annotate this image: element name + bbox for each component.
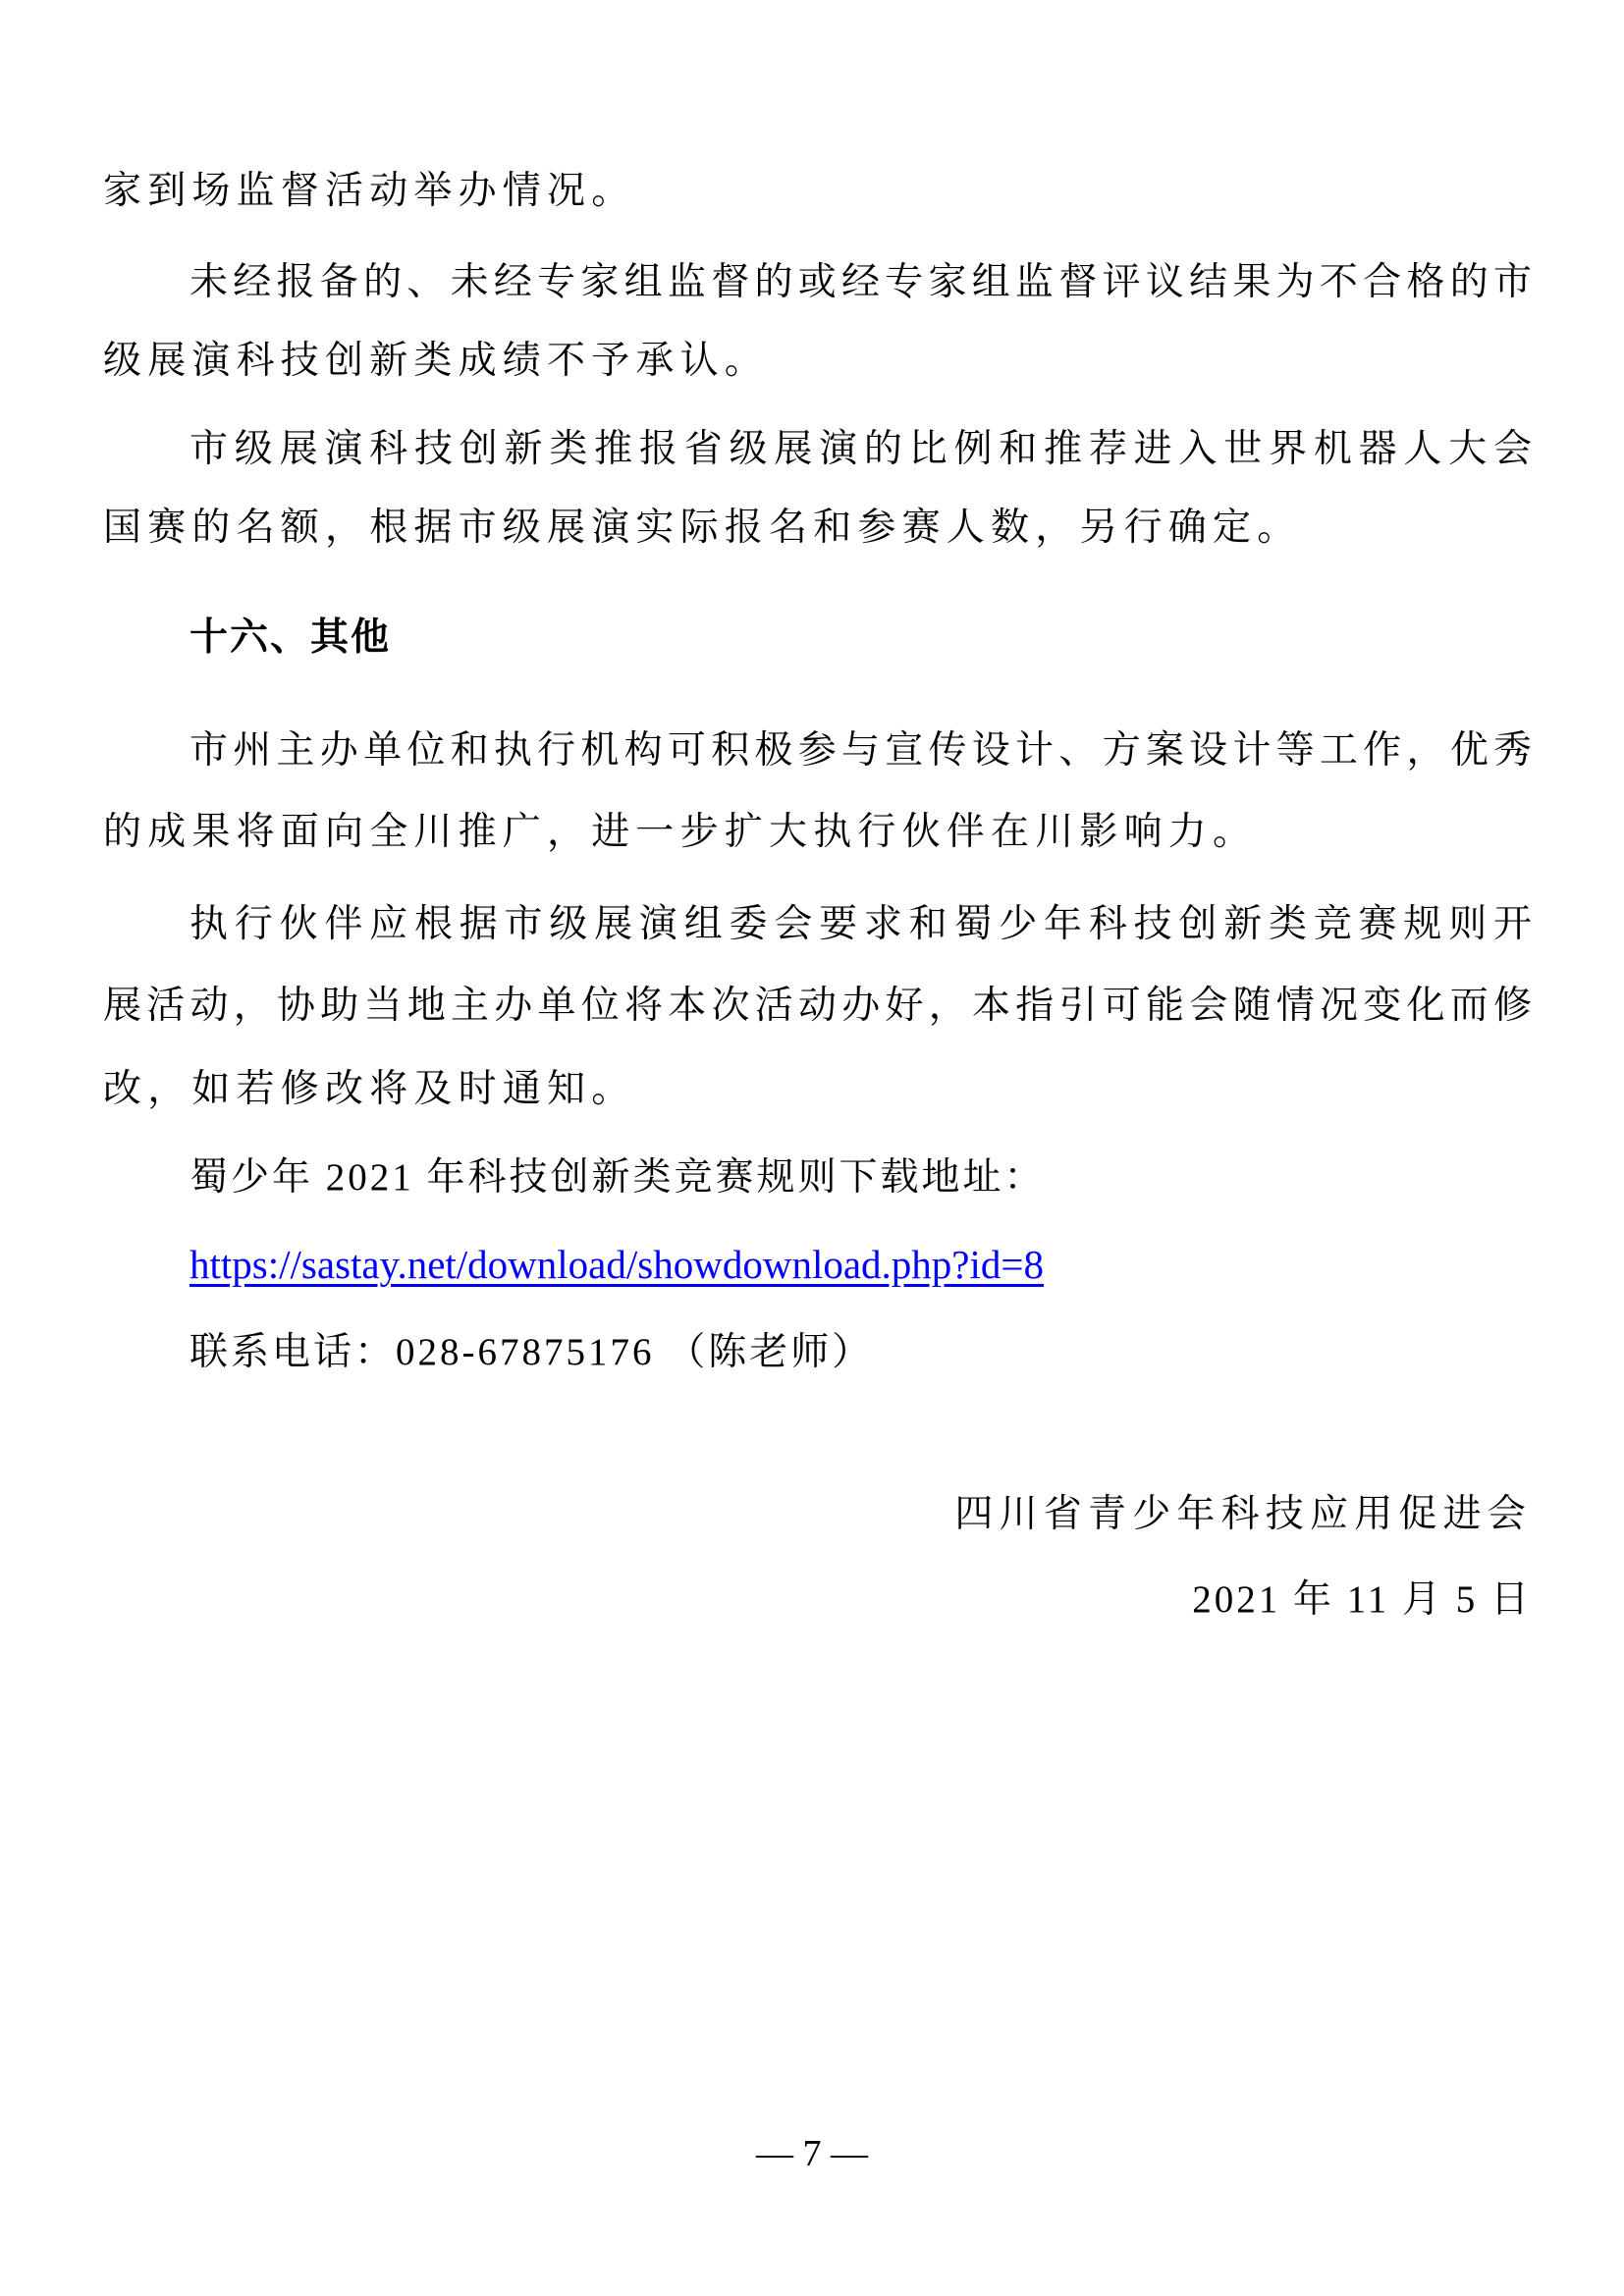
paragraph-line: 展活动，协助当地主办单位将本次活动办好，本指引可能会随情况变化而修 bbox=[103, 983, 1532, 1030]
paragraph-line: 未经报备的、未经专家组监督的或经专家组监督评议结果为不合格的市 bbox=[189, 259, 1532, 306]
paragraph-line: 国赛的名额，根据市级展演实际报名和参赛人数，另行确定。 bbox=[103, 505, 1532, 552]
paragraph-line: 市级展演科技创新类推报省级展演的比例和推荐进入世界机器人大会 bbox=[189, 426, 1532, 473]
page-number: — 7 — bbox=[0, 2130, 1624, 2177]
paragraph-line: 家到场监督活动举办情况。 bbox=[103, 168, 1532, 215]
paragraph-line: 的成果将面向全川推广，进一步扩大执行伙伴在川影响力。 bbox=[103, 809, 1532, 856]
download-link[interactable]: https://sastay.net/download/showdownload… bbox=[189, 1242, 1044, 1287]
signature-organization: 四川省青少年科技应用促进会 bbox=[954, 1491, 1532, 1538]
paragraph-line: 改，如若修改将及时通知。 bbox=[103, 1066, 1532, 1113]
paragraph-line: 执行伙伴应根据市级展演组委会要求和蜀少年科技创新类竞赛规则开 bbox=[189, 901, 1532, 948]
download-link-container: https://sastay.net/download/showdownload… bbox=[189, 1241, 1532, 1290]
paragraph-line: 市州主办单位和执行机构可积极参与宣传设计、方案设计等工作，优秀 bbox=[189, 727, 1532, 774]
paragraph-line: 级展演科技创新类成绩不予承认。 bbox=[103, 338, 1532, 385]
contact-info: 联系电话：028-67875176 （陈老师） bbox=[189, 1329, 1532, 1376]
download-label: 蜀少年 2021 年科技创新类竞赛规则下载地址： bbox=[189, 1154, 1532, 1201]
signature-date: 2021 年 11 月 5 日 bbox=[1192, 1576, 1532, 1624]
section-heading: 十六、其他 bbox=[189, 614, 1532, 662]
